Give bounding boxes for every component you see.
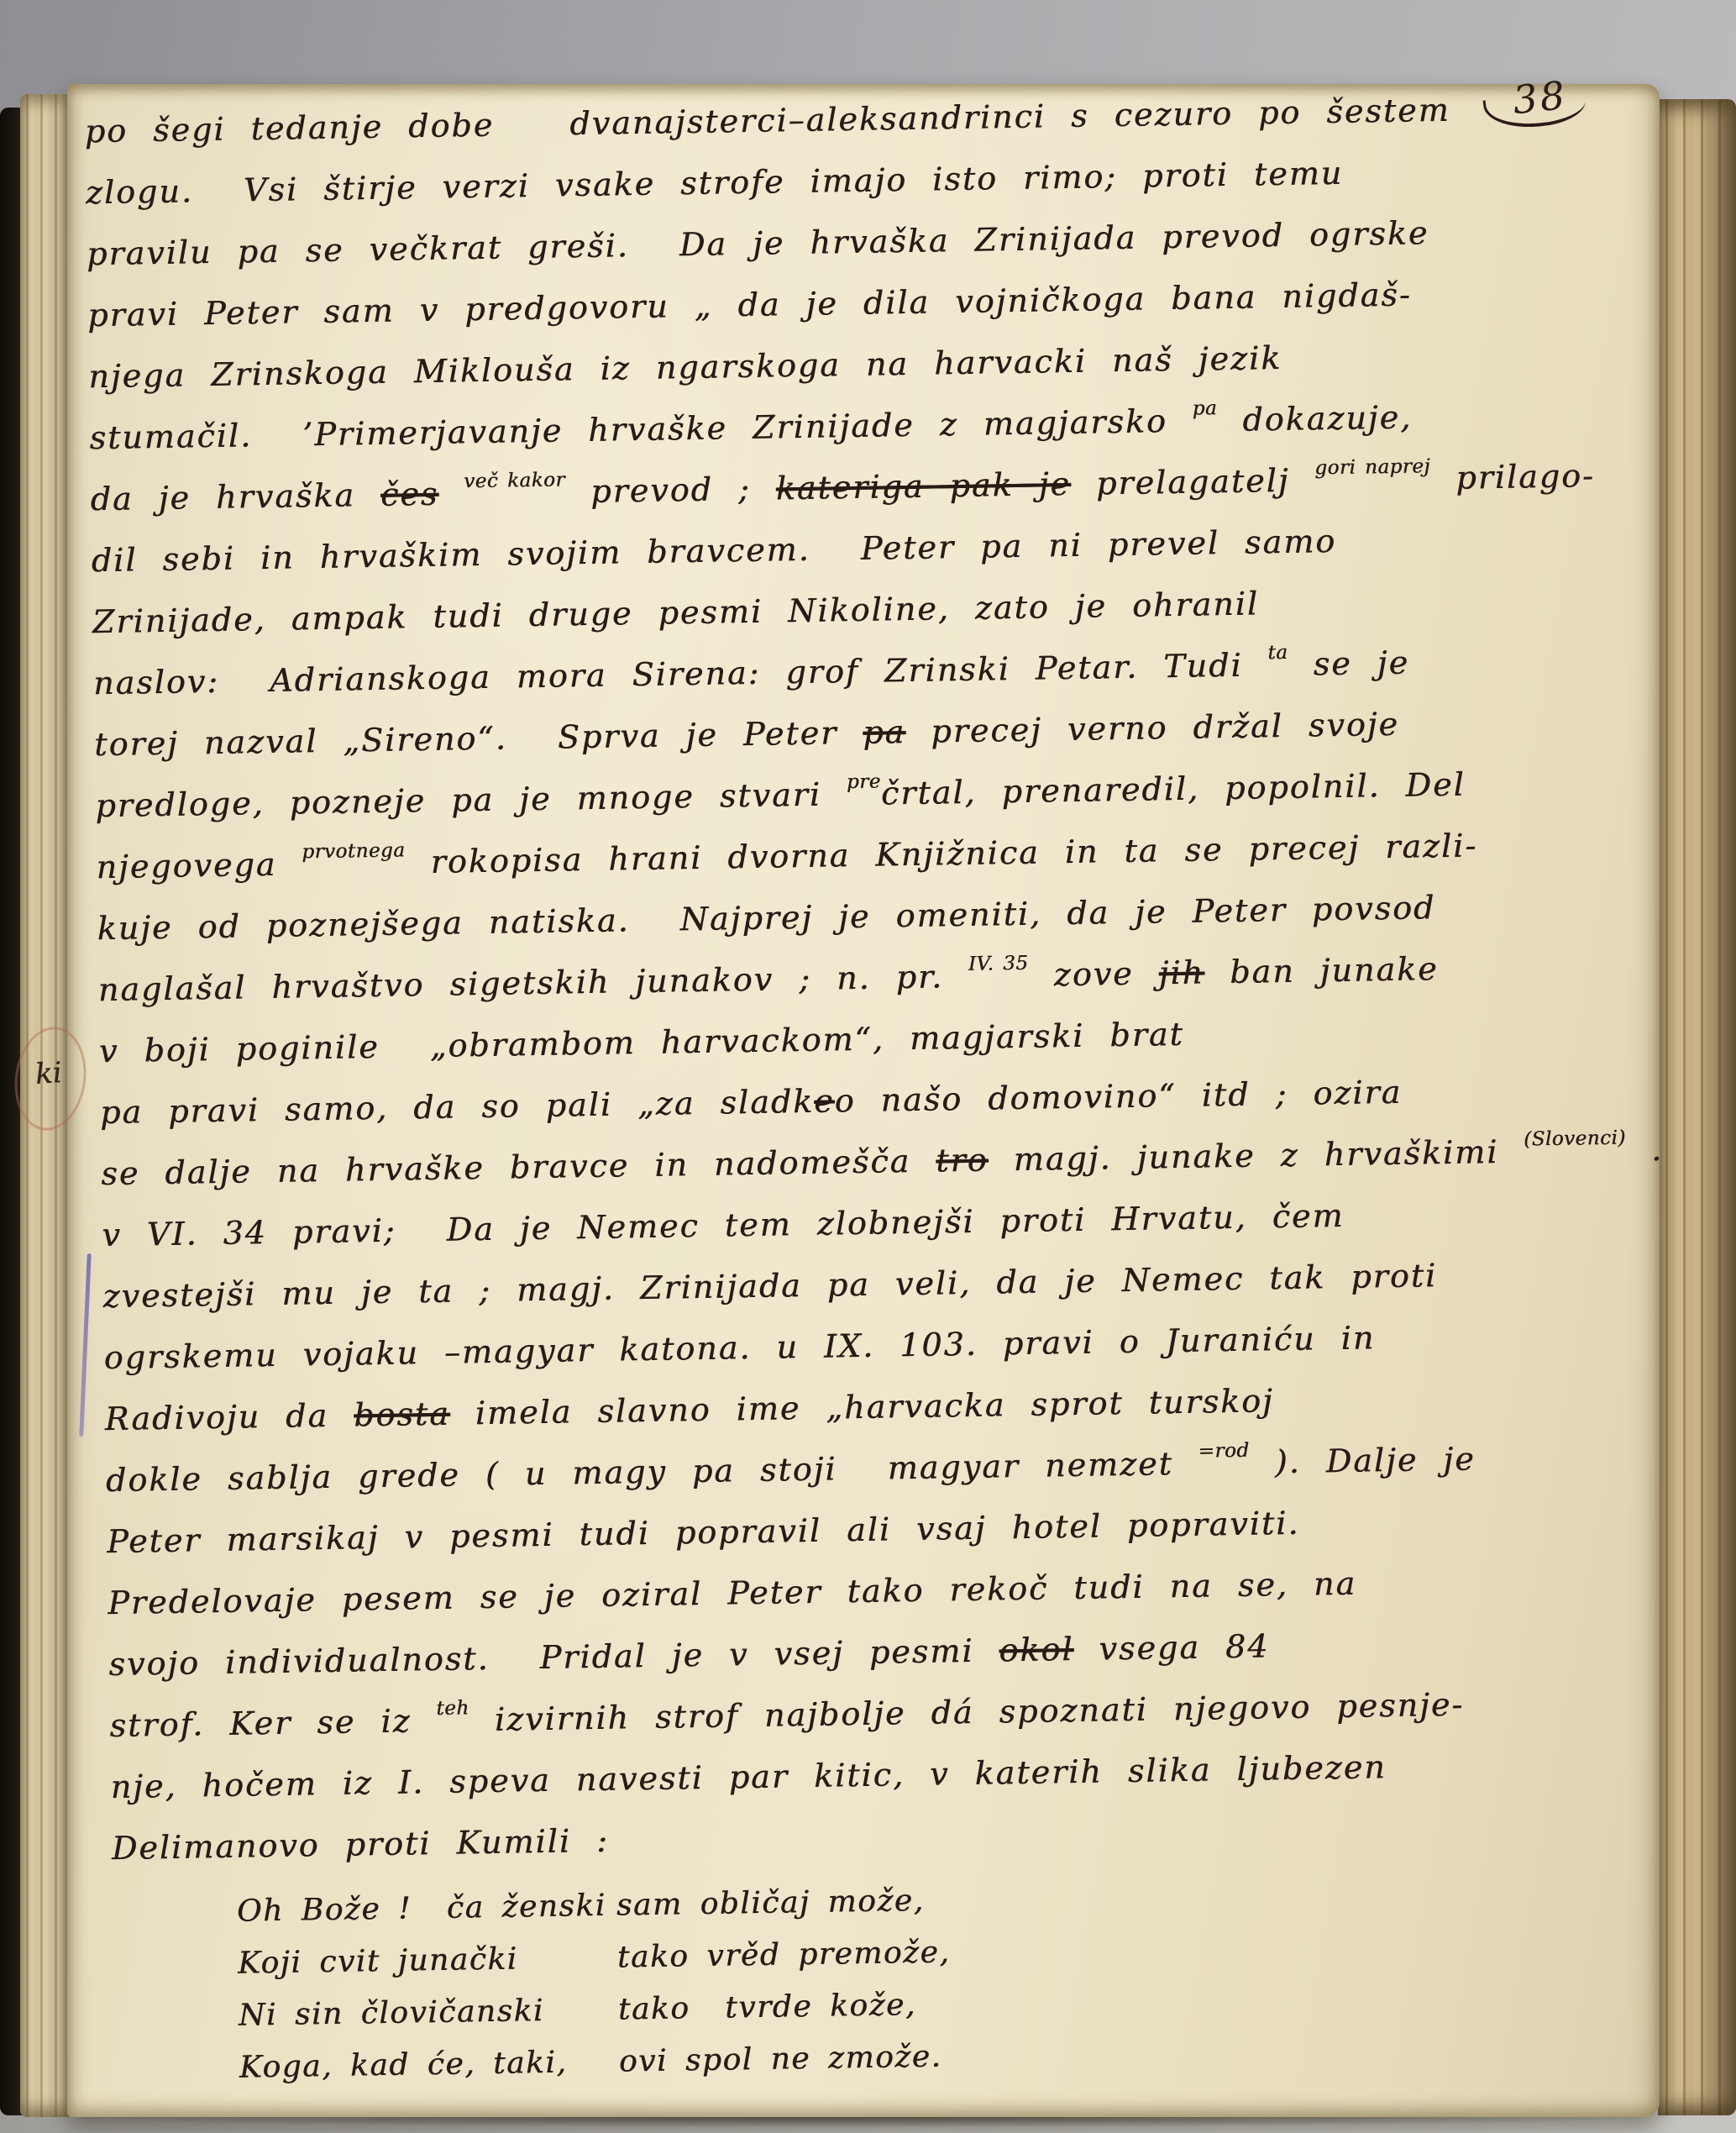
struck-through-text: okol <box>999 1631 1074 1668</box>
verse-right-column-text: tako tvrde kože, <box>618 1988 916 2027</box>
inserted-correction-text: (Slovenci) <box>1524 1127 1626 1151</box>
verse-left-column-text: Koji cvit junački <box>238 1941 618 1981</box>
struck-through-text: bosta <box>354 1395 450 1434</box>
handwritten-text: strof. Ker se iz <box>109 1702 437 1744</box>
verse-quotation-block: Oh Bože ! ča ženskisam obličaj može,Koji… <box>113 1872 1648 2104</box>
manuscript-page-content: 38 po šegi tedanje dobe dvanajsterci–ale… <box>37 60 1661 2117</box>
struck-through-text: e <box>814 1082 835 1119</box>
handwritten-text: ban junake <box>1204 950 1439 990</box>
margin-note-ki: ki <box>34 1056 63 1091</box>
verse-right-column-text: ovi spol ne zmože. <box>619 2040 942 2079</box>
handwritten-text: precej verno držal svoje <box>905 706 1399 750</box>
handwritten-text-block: po šegi tedanje dobe dvanajsterci–aleksa… <box>84 89 1647 2104</box>
inserted-correction-text: prvotnega <box>302 839 406 863</box>
inserted-correction-text: IV. 35 <box>968 953 1029 975</box>
struck-through-text: kateriga pak je <box>775 465 1071 507</box>
handwritten-text: Delimanovo proti Kumili : <box>112 1822 610 1867</box>
stacked-page-edges-right <box>1658 99 1736 2115</box>
handwritten-text: ). Dalje je <box>1249 1441 1476 1481</box>
handwritten-text: prevod ; <box>565 470 776 510</box>
handwritten-text: prelagatelj <box>1071 461 1315 502</box>
inserted-correction-text: gori naprej <box>1314 455 1430 479</box>
handwritten-text: vsega 84 <box>1073 1627 1270 1668</box>
book-cover-edge-left <box>0 108 22 2115</box>
struck-through-text: pa <box>863 713 906 751</box>
verse-left-column-text: Koga, kad će, taki, <box>239 2045 620 2085</box>
handwritten-text: magj. junake z hrvaškimi <box>988 1133 1524 1179</box>
handwritten-text: Radivoju da <box>104 1396 354 1437</box>
handwritten-text: prilago- <box>1430 457 1595 496</box>
inserted-correction-text: pre <box>847 771 881 794</box>
manuscript-page: 38 po šegi tedanje dobe dvanajsterci–ale… <box>67 84 1660 2117</box>
verse-right-column-text: sam obličaj može, <box>616 1883 925 1923</box>
verse-left-column-text: Oh Bože ! ča ženski <box>237 1889 617 1929</box>
inserted-correction-text: =rod <box>1198 1440 1249 1463</box>
handwritten-text: dokazuje, <box>1217 399 1412 439</box>
verse-left-column-text: Ni sin človičanski <box>239 1993 619 2033</box>
inserted-correction-text: pa <box>1192 397 1217 419</box>
handwritten-text: da je hrvaška <box>90 476 380 517</box>
struck-through-text: jih <box>1158 954 1204 992</box>
handwritten-text: o našo domovino“ itd ; ozira <box>834 1074 1402 1120</box>
verse-right-column-text: tako vrěd premože, <box>617 1935 951 1974</box>
inserted-correction-text: teh <box>436 1697 469 1720</box>
handwritten-text <box>438 475 464 512</box>
handwritten-text: po šegi tedanje dobe dvanajsterci–aleksa… <box>84 92 1450 150</box>
photo-of-manuscript-page: { "page": { "number": "38" }, "colors": … <box>0 0 1736 2133</box>
handwritten-text: zove <box>1028 954 1159 993</box>
inserted-correction-text: ta <box>1267 642 1288 664</box>
struck-through-text: čes <box>380 475 439 513</box>
handwritten-text: . <box>1626 1131 1664 1169</box>
struck-through-text: tro <box>936 1142 989 1179</box>
handwritten-text: njegovega <box>96 845 302 885</box>
handwritten-text: se je <box>1288 644 1409 683</box>
inserted-correction-text: več kakor <box>464 469 565 492</box>
